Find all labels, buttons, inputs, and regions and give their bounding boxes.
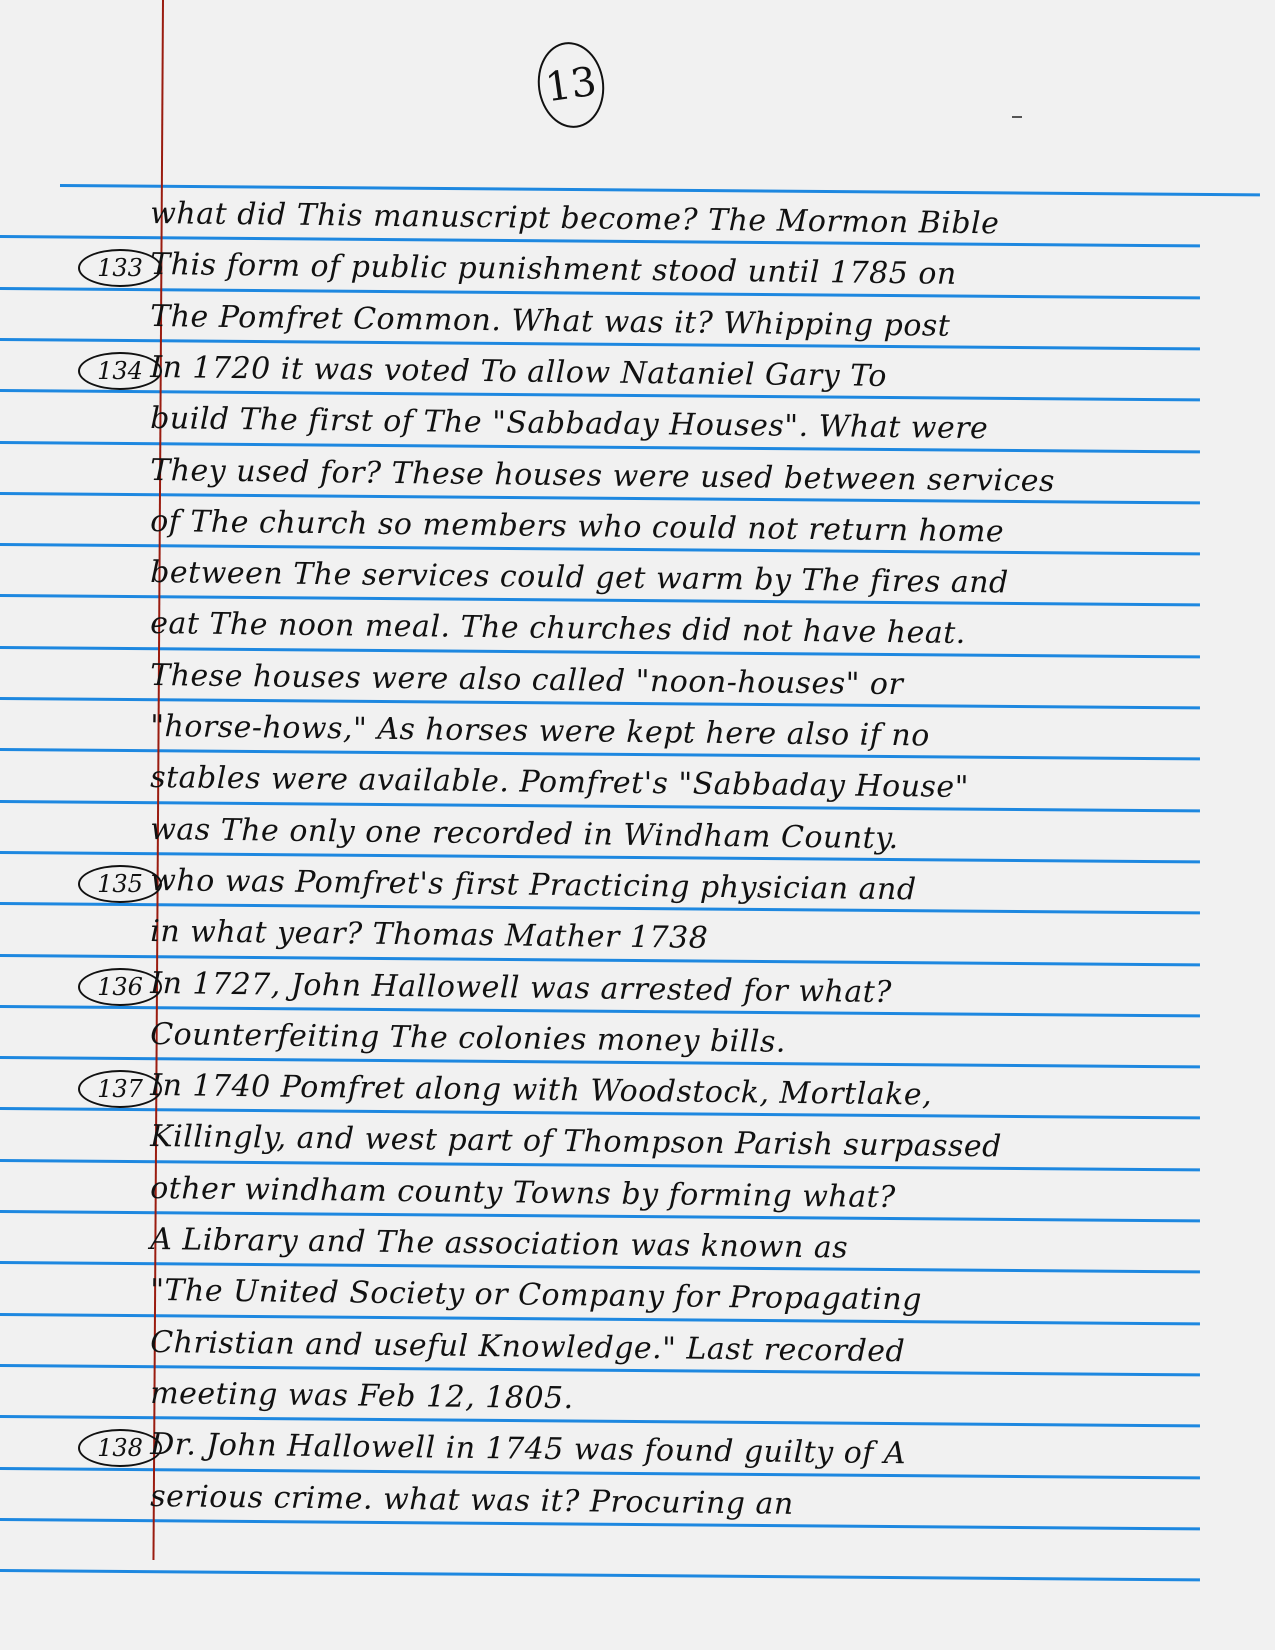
scan-speck xyxy=(1012,116,1022,118)
text-line: In 1720 it was voted To allow Nataniel G… xyxy=(150,350,1150,397)
text-line: Christian and useful Knowledge." Last re… xyxy=(150,1325,1150,1372)
text-line: A Library and The association was known … xyxy=(150,1222,1150,1269)
rule-line xyxy=(60,184,1260,196)
question-number-badge: 138 xyxy=(78,1429,162,1467)
text-line: Counterfeiting The colonies money bills. xyxy=(150,1017,1150,1064)
question-number-badge: 134 xyxy=(78,352,162,390)
text-line: In 1740 Pomfret along with Woodstock, Mo… xyxy=(150,1068,1150,1115)
text-line: The Pomfret Common. What was it? Whippin… xyxy=(150,299,1150,346)
question-number-badge: 136 xyxy=(78,968,162,1006)
text-line: was The only one recorded in Windham Cou… xyxy=(150,812,1150,859)
text-line: In 1727, John Hallowell was arrested for… xyxy=(150,966,1150,1013)
text-line: These houses were also called "noon-hous… xyxy=(150,658,1150,705)
notebook-page: 13 what did This manuscript become? The … xyxy=(0,0,1275,1650)
text-line: in what year? Thomas Mather 1738 xyxy=(150,914,1150,961)
text-line: who was Pomfret's first Practicing physi… xyxy=(150,863,1150,910)
text-line: stables were available. Pomfret's "Sabba… xyxy=(150,760,1150,807)
text-line: They used for? These houses were used be… xyxy=(150,453,1150,500)
text-line: build The first of The "Sabbaday Houses"… xyxy=(150,401,1150,448)
text-line: meeting was Feb 12, 1805. xyxy=(150,1376,1150,1423)
text-line: Killingly, and west part of Thompson Par… xyxy=(150,1119,1150,1166)
text-line: of The church so members who could not r… xyxy=(150,504,1150,551)
question-number-badge: 135 xyxy=(78,865,162,903)
text-line: This form of public punishment stood unt… xyxy=(150,247,1150,294)
text-line: "The United Society or Company for Propa… xyxy=(150,1273,1150,1320)
text-line: what did This manuscript become? The Mor… xyxy=(150,196,1150,243)
rule-line xyxy=(0,1569,1200,1581)
text-line: serious crime. what was it? Procuring an xyxy=(150,1479,1150,1526)
question-number-badge: 137 xyxy=(78,1070,162,1108)
text-line: Dr. John Hallowell in 1745 was found gui… xyxy=(150,1427,1150,1474)
page-number: 13 xyxy=(532,38,609,132)
text-line: between The services could get warm by T… xyxy=(150,555,1150,602)
text-line: eat The noon meal. The churches did not … xyxy=(150,606,1150,653)
text-line: "horse-hows," As horses were kept here a… xyxy=(150,709,1150,756)
text-line: other windham county Towns by forming wh… xyxy=(150,1171,1150,1218)
